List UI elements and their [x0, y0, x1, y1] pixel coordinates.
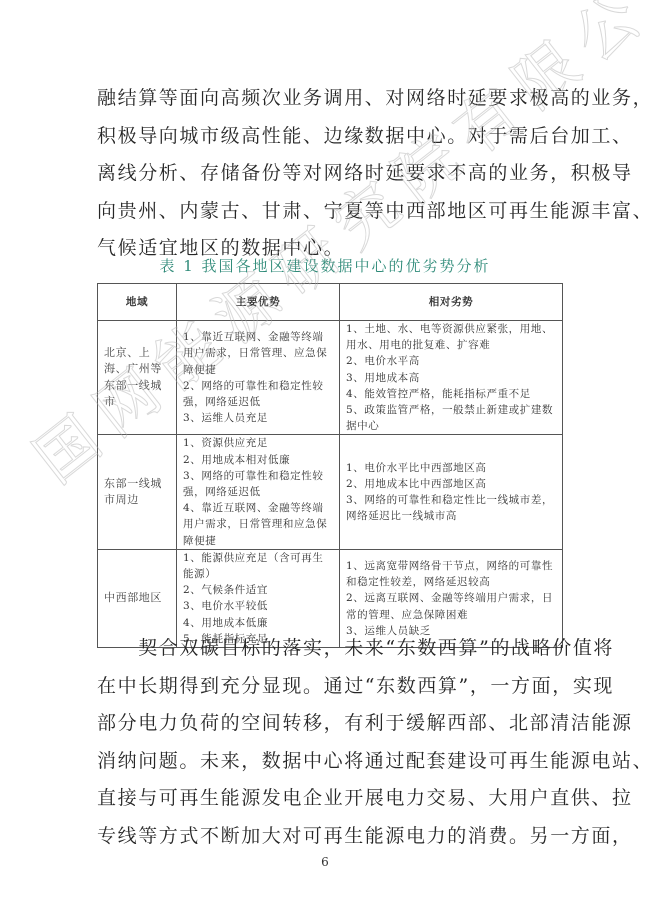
disadvantages-cell: 1、土地、水、电等资源供应紧张，用地、用水、用电的批复难、扩容难 2、电价水平高…	[340, 321, 563, 435]
advantage-item: 1、能源供应充足（含可再生能源）	[183, 550, 333, 582]
advantage-item: 1、资源供应充足	[183, 435, 333, 451]
advantage-item: 2、气候条件适宜	[183, 582, 333, 598]
advantage-item: 1、靠近互联网、金融等终端用户需求，日常管理、应急保障便捷	[183, 329, 333, 378]
disadvantage-item: 4、能效管控严格，能耗指标严重不足	[346, 386, 556, 402]
advantages-cell: 1、资源供应充足 2、用地成本相对低廉 3、网络的可靠性和稳定性较强，网络延迟低…	[177, 435, 340, 549]
text-line: 离线分析、存储备份等对网络时延要求不高的业务，积极导	[97, 155, 563, 193]
text-line: 融结算等面向高频次业务调用、对网络时延要求极高的业务，	[97, 80, 563, 118]
paragraph-bottom: 契合双碳目标的落实，未来“东数西算”的战略价值将 在中长期得到充分显现。通过“东…	[97, 630, 563, 855]
advantage-item: 3、网络的可靠性和稳定性较强，网络延迟低	[183, 468, 333, 500]
text-line: 消纳问题。未来，数据中心将通过配套建设可再生能源电站、	[97, 743, 563, 781]
text-line: 专线等方式不断加大对可再生能源电力的消费。另一方面，	[97, 818, 563, 856]
table-caption: 表 1 我国各地区建设数据中心的优劣势分析	[0, 255, 650, 276]
disadvantage-item: 3、网络的可靠性和稳定性比一线城市差，网络延迟比一线城市高	[346, 492, 556, 524]
advantage-item: 2、网络的可靠性和稳定性较强，网络延迟低	[183, 378, 333, 410]
disadvantage-item: 2、远离互联网、金融等终端用户需求，日常的管理、应急保障困难	[346, 590, 556, 622]
header-disadvantages: 相对劣势	[340, 284, 563, 321]
disadvantage-item: 3、用地成本高	[346, 370, 556, 386]
table-row: 北京、上海、广州等东部一线城市 1、靠近互联网、金融等终端用户需求，日常管理、应…	[98, 321, 563, 435]
advantage-item: 3、电价水平较低	[183, 598, 333, 614]
advantage-item: 4、靠近互联网、金融等终端用户需求，日常管理和应急保障便捷	[183, 500, 333, 549]
disadvantage-item: 2、用地成本比中西部地区高	[346, 476, 556, 492]
advantages-table: 地域 主要优势 相对劣势 北京、上海、广州等东部一线城市 1、靠近互联网、金融等…	[97, 283, 563, 648]
disadvantages-cell: 1、电价水平比中西部地区高 2、用地成本比中西部地区高 3、网络的可靠性和稳定性…	[340, 435, 563, 549]
text-line: 向贵州、内蒙古、甘肃、宁夏等中西部地区可再生能源丰富、	[97, 193, 563, 231]
disadvantage-item: 1、远离宽带网络骨干节点，网络的可靠性和稳定性较差，网络延迟较高	[346, 558, 556, 590]
text-line: 契合双碳目标的落实，未来“东数西算”的战略价值将	[97, 630, 563, 668]
page-number: 6	[0, 855, 650, 869]
header-region: 地域	[98, 284, 177, 321]
disadvantage-item: 2、电价水平高	[346, 353, 556, 369]
document-page: 融结算等面向高频次业务调用、对网络时延要求极高的业务， 积极导向城市级高性能、边…	[0, 0, 650, 919]
disadvantage-item: 1、土地、水、电等资源供应紧张，用地、用水、用电的批复难、扩容难	[346, 321, 556, 353]
advantage-item: 3、运维人员充足	[183, 410, 333, 426]
text-line: 在中长期得到充分显现。通过“东数西算”，一方面，实现	[97, 668, 563, 706]
region-cell: 北京、上海、广州等东部一线城市	[98, 321, 177, 435]
text-line: 部分电力负荷的空间转移，有利于缓解西部、北部清洁能源	[97, 705, 563, 743]
header-advantages: 主要优势	[177, 284, 340, 321]
text-line: 积极导向城市级高性能、边缘数据中心。对于需后台加工、	[97, 118, 563, 156]
text-line: 直接与可再生能源发电企业开展电力交易、大用户直供、拉	[97, 780, 563, 818]
advantage-item: 4、用地成本低廉	[183, 615, 333, 631]
region-cell: 东部一线城市周边	[98, 435, 177, 549]
disadvantage-item: 1、电价水平比中西部地区高	[346, 460, 556, 476]
disadvantage-item: 5、政策监管严格，一般禁止新建或扩建数据中心	[346, 402, 556, 434]
advantages-cell: 1、靠近互联网、金融等终端用户需求，日常管理、应急保障便捷 2、网络的可靠性和稳…	[177, 321, 340, 435]
paragraph-top: 融结算等面向高频次业务调用、对网络时延要求极高的业务， 积极导向城市级高性能、边…	[97, 80, 563, 268]
table-header-row: 地域 主要优势 相对劣势	[98, 284, 563, 321]
table-row: 东部一线城市周边 1、资源供应充足 2、用地成本相对低廉 3、网络的可靠性和稳定…	[98, 435, 563, 549]
advantage-item: 2、用地成本相对低廉	[183, 452, 333, 468]
